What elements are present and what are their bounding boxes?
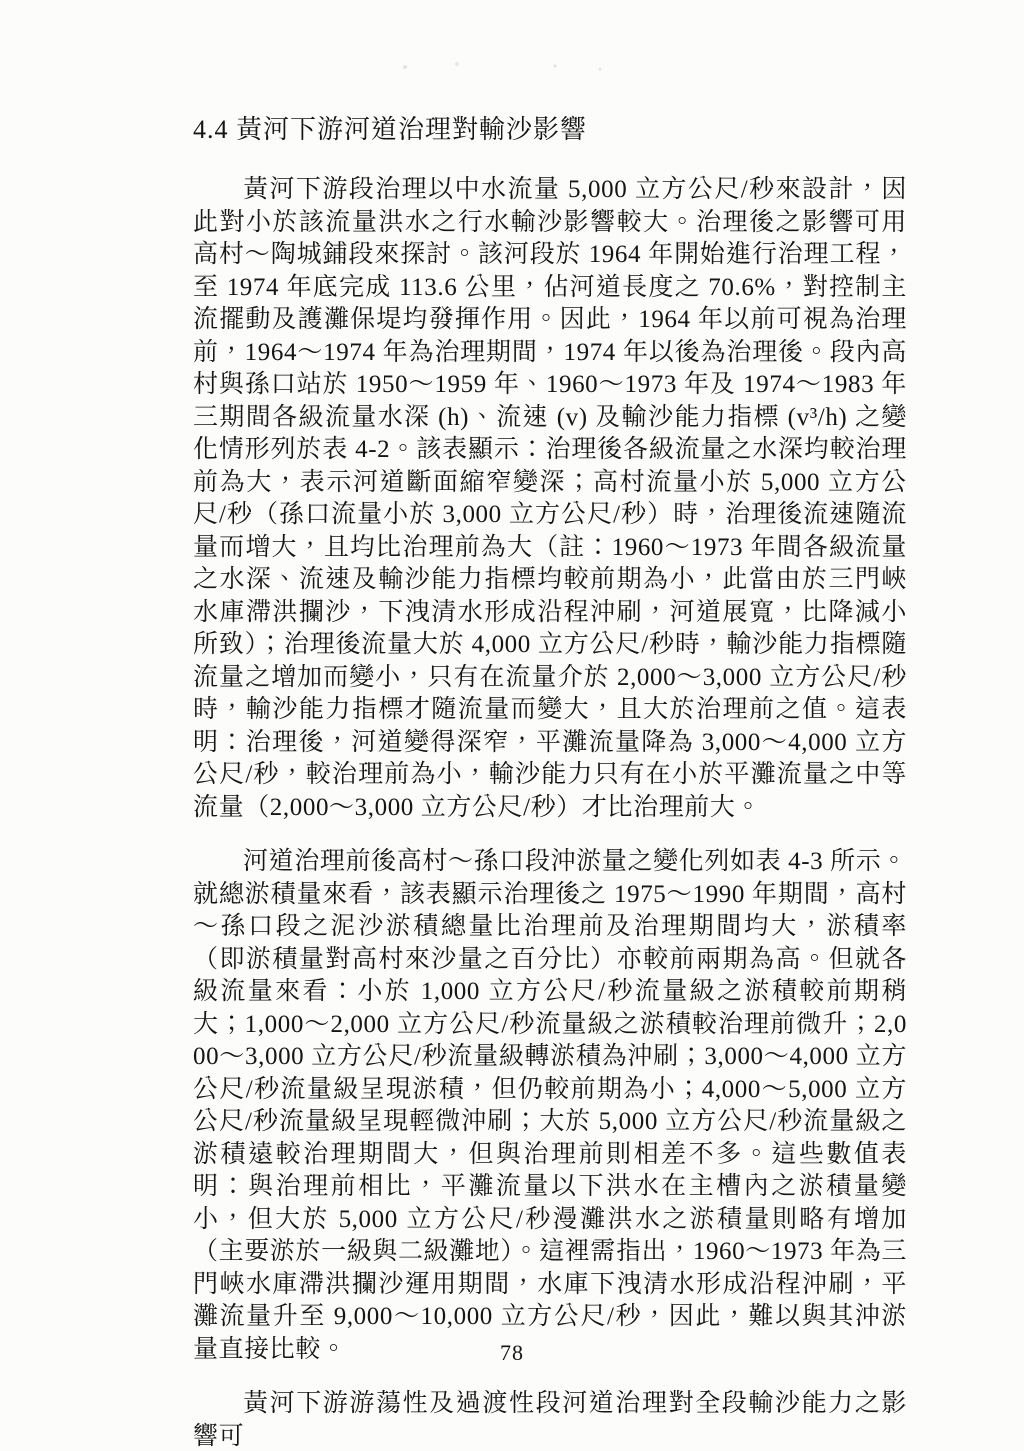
scan-artifact [395,58,615,76]
section-heading: 4.4 黃河下游河道治理對輸沙影響 [193,112,907,148]
page-number: 78 [0,1340,1024,1366]
paragraph-1: 黃河下游段治理以中水流量 5,000 立方公尺/秒來設計，因此對小於該流量洪水之… [193,174,907,824]
paragraph-3: 黃河下游游蕩性及過渡性段河道治理對全段輸沙能力之影響可 [193,1388,907,1451]
document-page: 4.4 黃河下游河道治理對輸沙影響 黃河下游段治理以中水流量 5,000 立方公… [0,0,1024,1451]
page-content: 4.4 黃河下游河道治理對輸沙影響 黃河下游段治理以中水流量 5,000 立方公… [193,112,907,1451]
paragraph-2: 河道治理前後高村～孫口段沖淤量之變化列如表 4-3 所示。就總淤積量來看，該表顯… [193,846,907,1366]
